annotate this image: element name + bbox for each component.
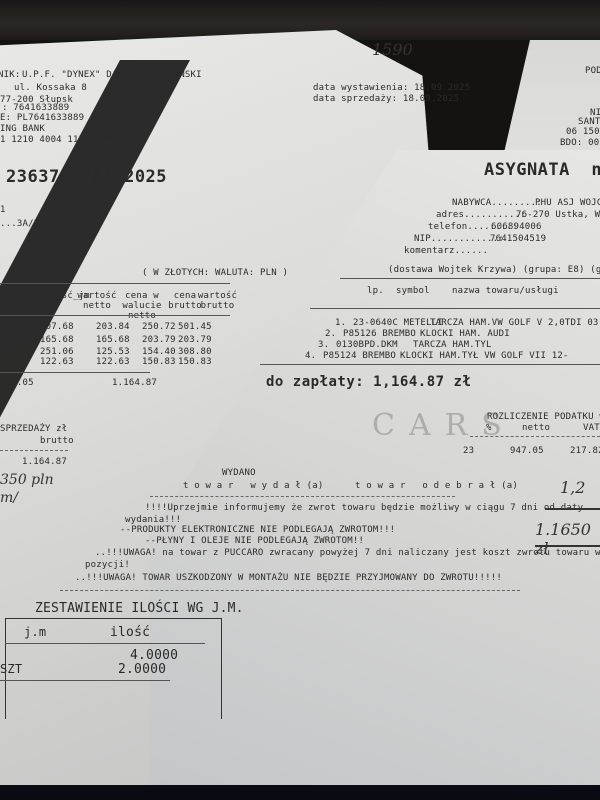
col-header-rabat: rabat bbox=[0, 291, 28, 301]
invoice-cell-gross-value: 501.45 bbox=[178, 322, 212, 332]
uom-row-unit: SZT bbox=[0, 662, 22, 676]
phone-value: 606894006 bbox=[491, 222, 542, 232]
comment-label: komentarz...... bbox=[404, 246, 488, 256]
return-policy-notice: ..!!!UWAGA! na towar z PUCCARO zwracany … bbox=[95, 548, 600, 558]
sales-summary-label: SPRZEDAŻY zł bbox=[0, 424, 67, 434]
invoice-cell-unit-price: 203.84 bbox=[96, 322, 130, 332]
divider bbox=[0, 680, 170, 681]
total-gross: 1.164.87 bbox=[112, 378, 157, 388]
item-lp: 4. bbox=[305, 351, 316, 361]
total-net: 947.05 bbox=[0, 378, 34, 388]
divider bbox=[0, 283, 230, 284]
handwritten-note-m: m/ bbox=[0, 490, 18, 506]
buyer-name: PHU ASJ WOJCIECH JANKOWSKI bbox=[535, 198, 600, 208]
handwritten-note-right-2: 1.1650 zł bbox=[535, 520, 600, 558]
divider bbox=[5, 643, 205, 644]
delivery-info: (dostawa Wojtek Krzywa) (grupa: E8) (god… bbox=[388, 265, 600, 275]
return-policy-notice: ..!!!UWAGA! TOWAR USZKODZONY W MONTAŻU N… bbox=[75, 573, 502, 583]
signature-label: WYDANO bbox=[222, 468, 256, 478]
seller-street: ul. Kossaka 8 bbox=[14, 83, 87, 93]
seller-label: NIK: bbox=[0, 70, 20, 80]
handwritten-underline bbox=[545, 508, 600, 510]
vat-header-rate: % bbox=[486, 423, 492, 433]
invoice-cell-unit-price: 122.63 bbox=[96, 357, 130, 367]
summary-value: 1.164.87 bbox=[22, 457, 67, 467]
item-symbol: 0130BPD.DKM bbox=[336, 340, 398, 350]
handwritten-note-right-1: 1,2 bbox=[560, 478, 585, 497]
item-lp: 2. bbox=[325, 329, 336, 339]
corner-account: 06 1500 1 bbox=[566, 127, 600, 137]
divider bbox=[0, 372, 150, 373]
divider bbox=[0, 450, 68, 451]
invoice-cell-net-value: 165.68 bbox=[40, 335, 74, 345]
invoice-cell-net-value: 122.63 bbox=[40, 357, 74, 367]
vat-row-net: 947.05 bbox=[510, 446, 544, 456]
vat-title: ROZLICZENIE PODATKU wg CEN S bbox=[487, 412, 600, 422]
item-name: KLOCKI HAM. AUDI bbox=[420, 329, 510, 339]
dark-background-bottom bbox=[0, 785, 600, 800]
divider bbox=[470, 436, 600, 437]
asygnata-title: ASYGNATA nr bbox=[484, 160, 600, 180]
seller-name: U.P.F. "DYNEX" DAMIAN STROZYNSKI bbox=[22, 70, 202, 80]
divider bbox=[310, 308, 600, 309]
seller-bank: ING BANK bbox=[0, 124, 45, 134]
col-header-unit-price: cena w walucie netto bbox=[112, 291, 172, 321]
summary-col-brutto: brutto bbox=[40, 436, 74, 446]
invoice-cell-qty: 1 bbox=[6, 357, 12, 367]
return-policy-notice: pozycji! bbox=[85, 560, 130, 570]
invoice-cell-gross-value: 203.79 bbox=[178, 335, 212, 345]
col-header-name: nazwa towaru/usługi bbox=[452, 286, 559, 296]
invoice-cell-gross-price: 203.79 bbox=[142, 335, 176, 345]
issued-by-label: t o w a r w y d a ł (a) bbox=[183, 481, 323, 491]
handwritten-note-350: 350 pln bbox=[0, 472, 54, 488]
invoice-extra-1: 1 bbox=[0, 205, 6, 215]
invoice-cell-unit-price: 125.53 bbox=[96, 347, 130, 357]
return-policy-notice: !!!!Uprzejmie informujemy że zwrot towar… bbox=[145, 503, 583, 513]
item-symbol: P85126 BREMBO bbox=[343, 329, 416, 339]
seller-vat-ue: E: PL7641633889 bbox=[0, 113, 84, 123]
nip-value: 7641504519 bbox=[490, 234, 546, 244]
uom-header-qty: ilość bbox=[110, 625, 150, 640]
item-symbol: P85124 BREMBO bbox=[323, 351, 396, 361]
received-by-label: t o w a r o d e b r a ł (a) bbox=[355, 481, 518, 491]
vat-header-net: netto bbox=[522, 423, 550, 433]
corner-bdo: BDO: 000608 bbox=[560, 138, 600, 148]
invoice-cell-unit-price: 165.68 bbox=[96, 335, 130, 345]
vat-header-vat: VAT bbox=[583, 423, 600, 433]
buyer-label: NABYWCA........: bbox=[452, 198, 542, 208]
currency-note: ( W ZŁOTYCH: WALUTA: PLN ) bbox=[142, 268, 288, 278]
item-lp: 1. bbox=[335, 318, 346, 328]
return-policy-notice: --PRODUKTY ELEKTRONICZNE NIE PODLEGAJĄ Z… bbox=[120, 525, 395, 535]
invoice-cell-gross-value: 308.80 bbox=[178, 347, 212, 357]
invoice-cell-gross-price: 250.72 bbox=[142, 322, 176, 332]
invoice-cell-net-value: 407.68 bbox=[40, 322, 74, 332]
invoice-cell-qty: SZT bbox=[6, 335, 23, 345]
seller-nip: : 7641633889 bbox=[2, 103, 69, 113]
col-header-symbol: symbol bbox=[396, 286, 430, 296]
invoice-extra-2: ...3A/5 bbox=[0, 219, 39, 229]
divider bbox=[260, 364, 600, 365]
invoice-cell-gross-value: 150.83 bbox=[178, 357, 212, 367]
uom-summary-title: ZESTAWIENIE ILOŚCI WG J.M. bbox=[35, 601, 244, 616]
invoice-cell-gross-price: 150.83 bbox=[142, 357, 176, 367]
invoice-cell-gross-price: 154.40 bbox=[142, 347, 176, 357]
uom-row-qty: 2.0000 bbox=[118, 662, 166, 677]
item-name: TARCZA HAM.VW GOLF V 2,0TDI 03- bbox=[430, 318, 600, 328]
uom-row-qty: 4.0000 bbox=[130, 648, 178, 663]
corner-bank: SANTA bbox=[578, 117, 600, 127]
address-value: 76-270 Ustka, Wodna 1A bbox=[516, 210, 600, 220]
col-header-gross-value: wartość brutto bbox=[195, 291, 240, 311]
address-label: adres..........: bbox=[436, 210, 526, 220]
divider bbox=[150, 496, 455, 497]
return-policy-notice: wydania!!! bbox=[125, 515, 181, 525]
to-pay-total: do zapłaty: 1,164.87 zł bbox=[266, 374, 471, 390]
invoice-cell-net-value: 251.06 bbox=[40, 347, 74, 357]
vat-row-rate: 23 bbox=[463, 446, 474, 456]
item-lp: 3. bbox=[318, 340, 329, 350]
date-sale: data sprzedaży: 18.09.2025 bbox=[313, 94, 459, 104]
invoice-cell-qty: 2 bbox=[6, 347, 12, 357]
return-policy-notice: --PŁYNY I OLEJE NIE PODLEGAJĄ ZWROTOM!! bbox=[145, 536, 364, 546]
divider bbox=[0, 315, 230, 316]
item-name: TARCZA HAM.TYL bbox=[413, 340, 492, 350]
col-header-lp: lp. bbox=[367, 286, 384, 296]
item-name: KLOCKI HAM.TYŁ VW GOLF VII 12- bbox=[400, 351, 569, 361]
seller-account: 1 1210 4004 1133 0000 bbox=[0, 135, 118, 145]
uom-header-unit: j.m bbox=[24, 625, 46, 639]
divider bbox=[60, 590, 520, 591]
divider bbox=[340, 278, 600, 279]
vat-row-vat: 217.82 bbox=[570, 446, 600, 456]
handwritten-underline bbox=[535, 545, 600, 547]
date-issued: data wystawienia: 18.09.2025 bbox=[313, 83, 470, 93]
invoice-number: 2363709/01/2025 bbox=[6, 167, 167, 187]
handwritten-top-note: 1590 bbox=[372, 40, 413, 59]
corner-label: PODA bbox=[585, 66, 600, 76]
invoice-cell-qty: 2 bbox=[6, 322, 12, 332]
